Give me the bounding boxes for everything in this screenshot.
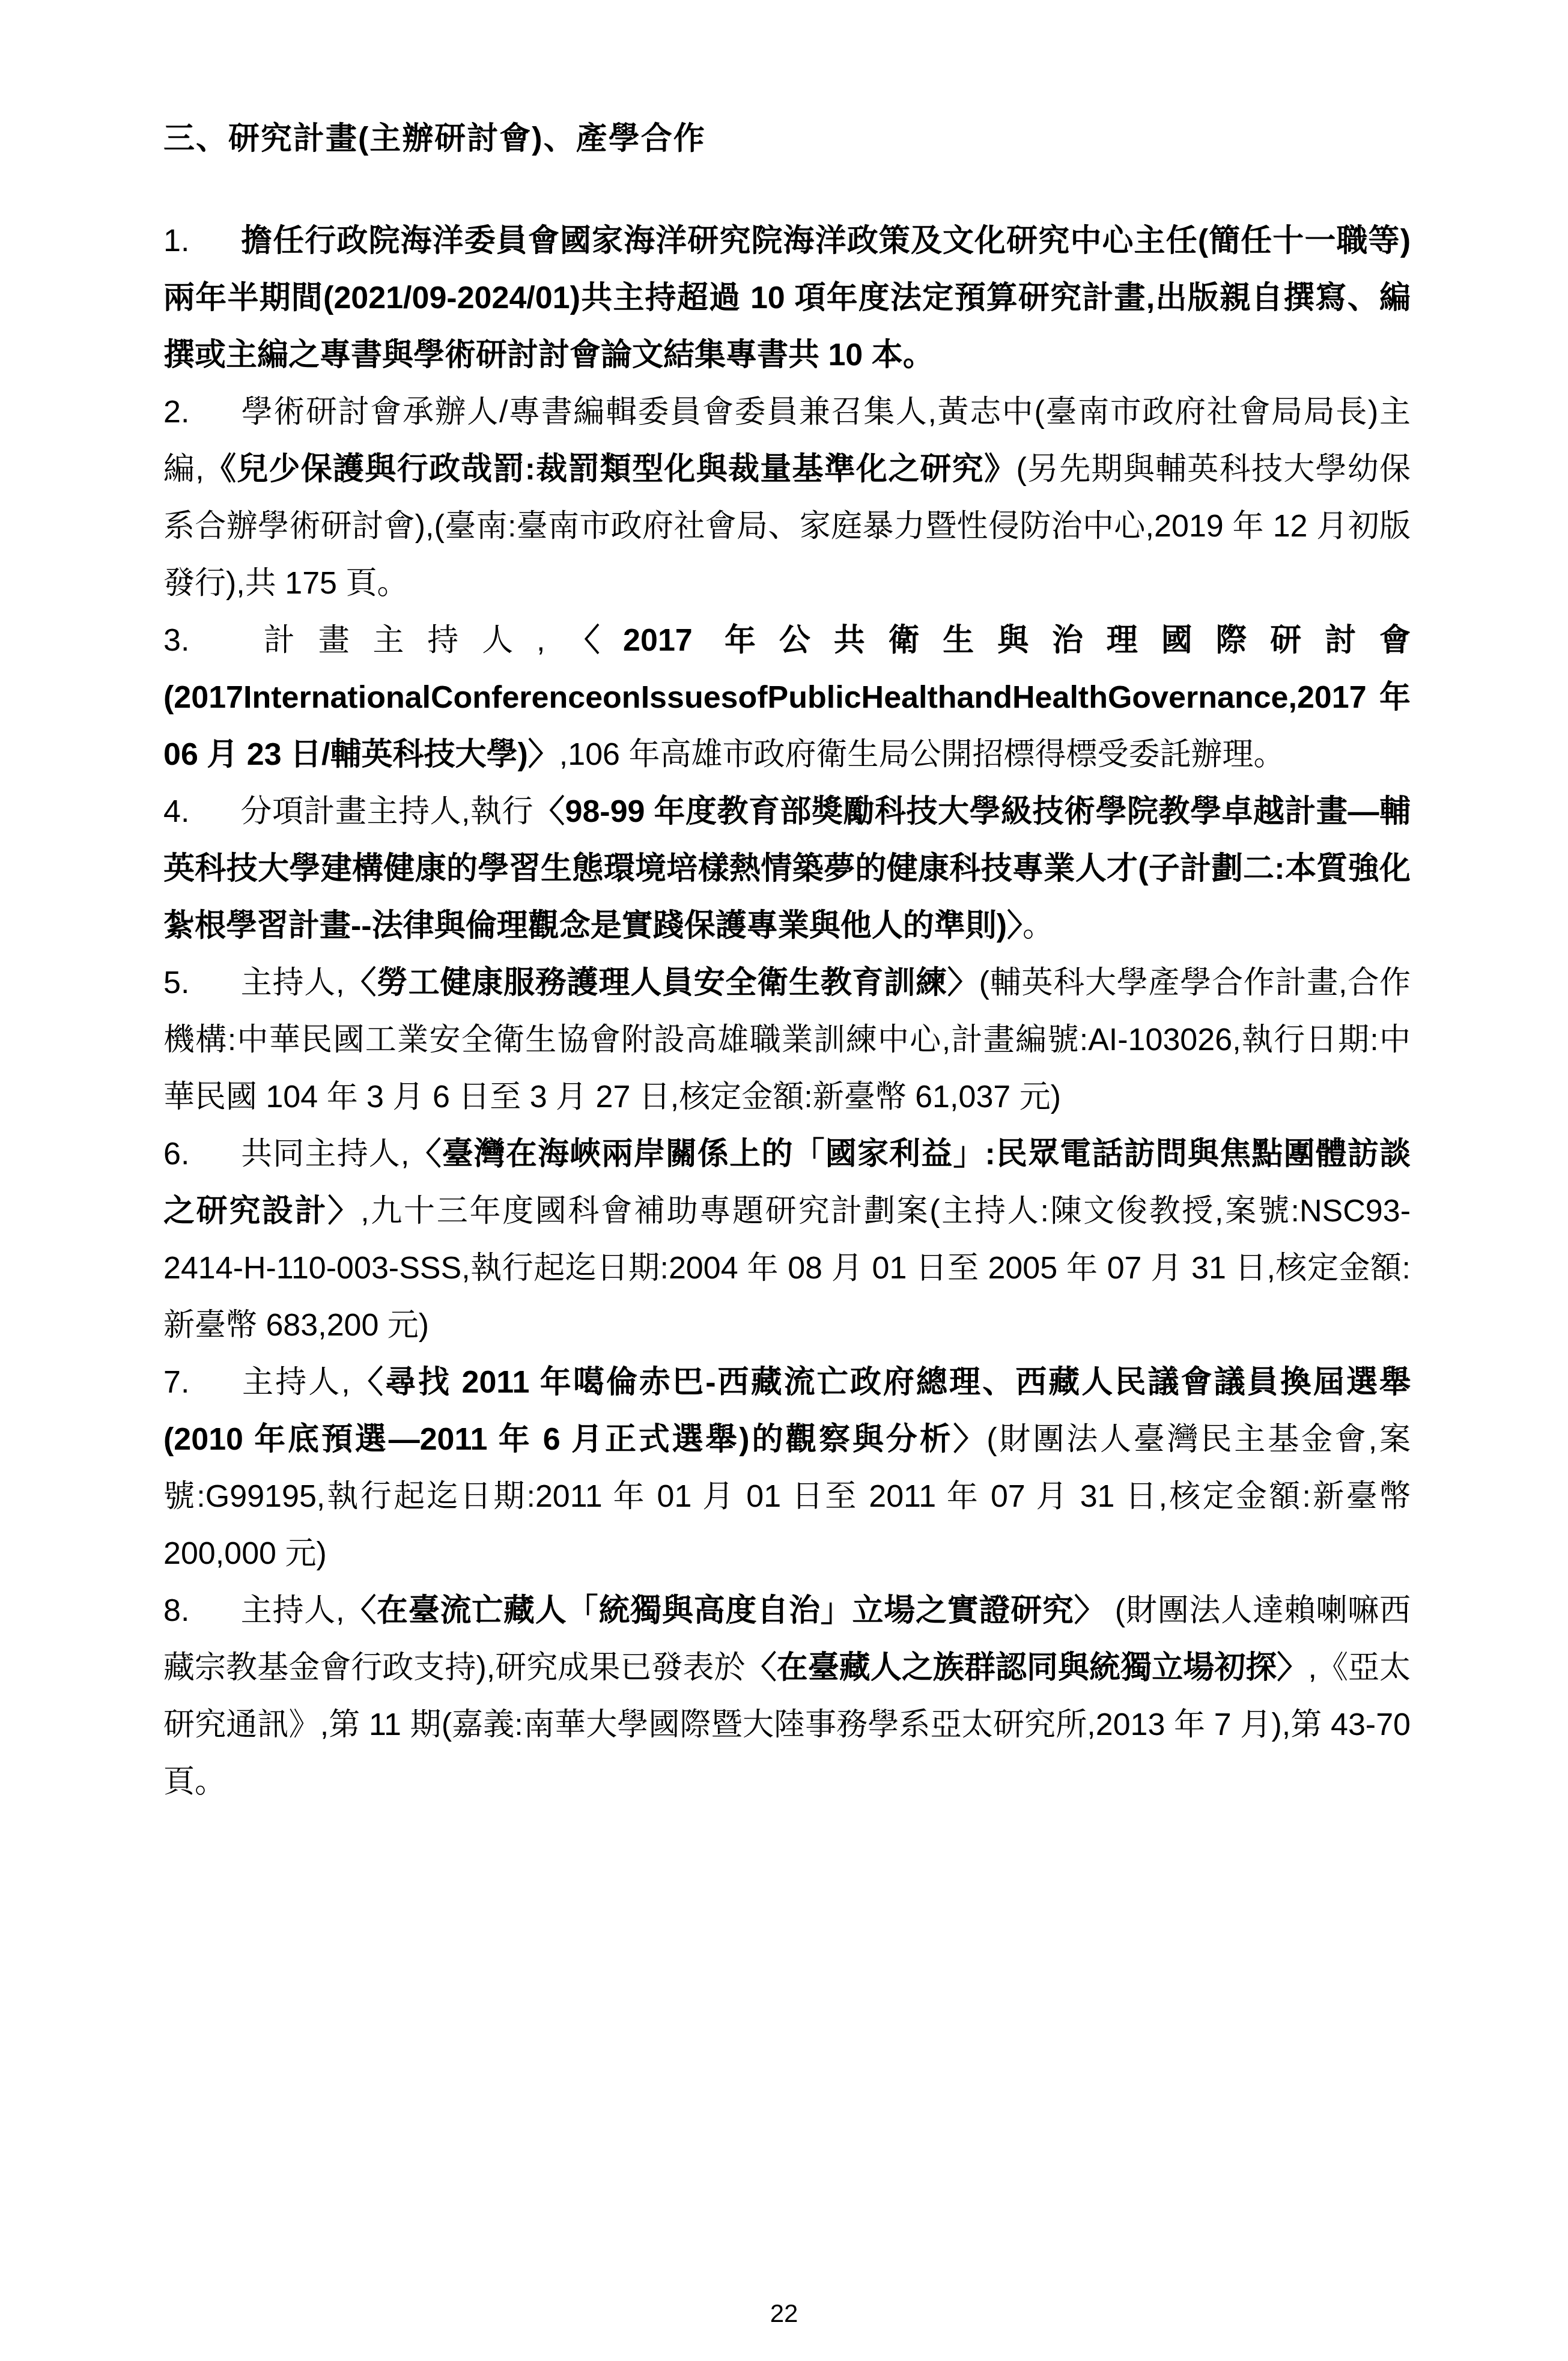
list-item: 5.主持人,〈勞工健康服務護理人員安全衛生教育訓練〉(輔英科大學產學合作計畫,合… (163, 955, 1411, 1126)
item-text-bold: 〈在臺藏人之族群認同與統獨立場初探〉 (746, 1650, 1308, 1685)
item-number: 2. (163, 384, 240, 441)
list-item: 2.學術研討會承辦人/專書編輯委員會委員兼召集人,黃志中(臺南市政府社會局局長)… (163, 384, 1411, 612)
item-number: 5. (163, 955, 240, 1012)
item-text-bold: 《兒少保護與行政哉罰:裁罰類型化與裁量基準化之研究》 (204, 452, 1016, 487)
item-text: ,106 年高雄市政府衛生局公開招標得標受委託辦理。 (559, 737, 1285, 772)
item-text-bold: 〈在臺流亡藏人「統獨與高度自治」立場之實證研究〉 (345, 1593, 1106, 1628)
item-text: 分項計畫主持人,執行 (240, 794, 533, 829)
item-number: 4. (163, 783, 240, 840)
item-number: 6. (163, 1126, 240, 1183)
item-text: 計畫主持人, (240, 623, 545, 658)
document-page: 三、研究計畫(主辦研討會)、產學合作 1.擔任行政院海洋委員會國家海洋研究院海洋… (0, 0, 1568, 2361)
item-number: 8. (163, 1582, 240, 1639)
item-text: 共同主持人, (240, 1137, 409, 1171)
item-number: 1. (163, 213, 240, 270)
item-text: 主持人, (240, 1593, 345, 1628)
item-number: 3. (163, 612, 240, 669)
list-item: 8.主持人,〈在臺流亡藏人「統獨與高度自治」立場之實證研究〉 (財團法人達賴喇嘛… (163, 1582, 1411, 1811)
item-text-bold: 擔任行政院海洋委員會國家海洋研究院海洋政策及文化研究中心主任(簡任十一職等)兩年… (163, 223, 1411, 372)
items-list: 1.擔任行政院海洋委員會國家海洋研究院海洋政策及文化研究中心主任(簡任十一職等)… (163, 213, 1411, 1811)
list-item: 7.主持人,〈尋找 2011 年噶倫赤巴-西藏流亡政府總理、西藏人民議會議員換屆… (163, 1354, 1411, 1582)
content-area: 三、研究計畫(主辦研討會)、產學合作 1.擔任行政院海洋委員會國家海洋研究院海洋… (163, 118, 1411, 1811)
list-item: 6.共同主持人,〈臺灣在海峽兩岸關係上的「國家利益」:民眾電話訪問與焦點團體訪談… (163, 1126, 1411, 1354)
section-heading: 三、研究計畫(主辦研討會)、產學合作 (163, 118, 1411, 160)
item-number: 7. (163, 1354, 240, 1411)
item-text: 主持人, (240, 965, 345, 1000)
item-text-bold: 〈勞工健康服務護理人員安全衛生教育訓練〉 (345, 965, 979, 1000)
list-item: 1.擔任行政院海洋委員會國家海洋研究院海洋政策及文化研究中心主任(簡任十一職等)… (163, 213, 1411, 384)
list-item: 3.計畫主持人,〈2017 年公共衛生與治理國際研討會(2017Internat… (163, 612, 1411, 783)
list-item: 4.分項計畫主持人,執行〈98-99 年度教育部獎勵科技大學級技術學院教學卓越計… (163, 783, 1411, 955)
page-number: 22 (0, 2299, 1568, 2329)
item-text: 主持人, (240, 1365, 350, 1400)
item-text: 。 (1023, 908, 1054, 943)
